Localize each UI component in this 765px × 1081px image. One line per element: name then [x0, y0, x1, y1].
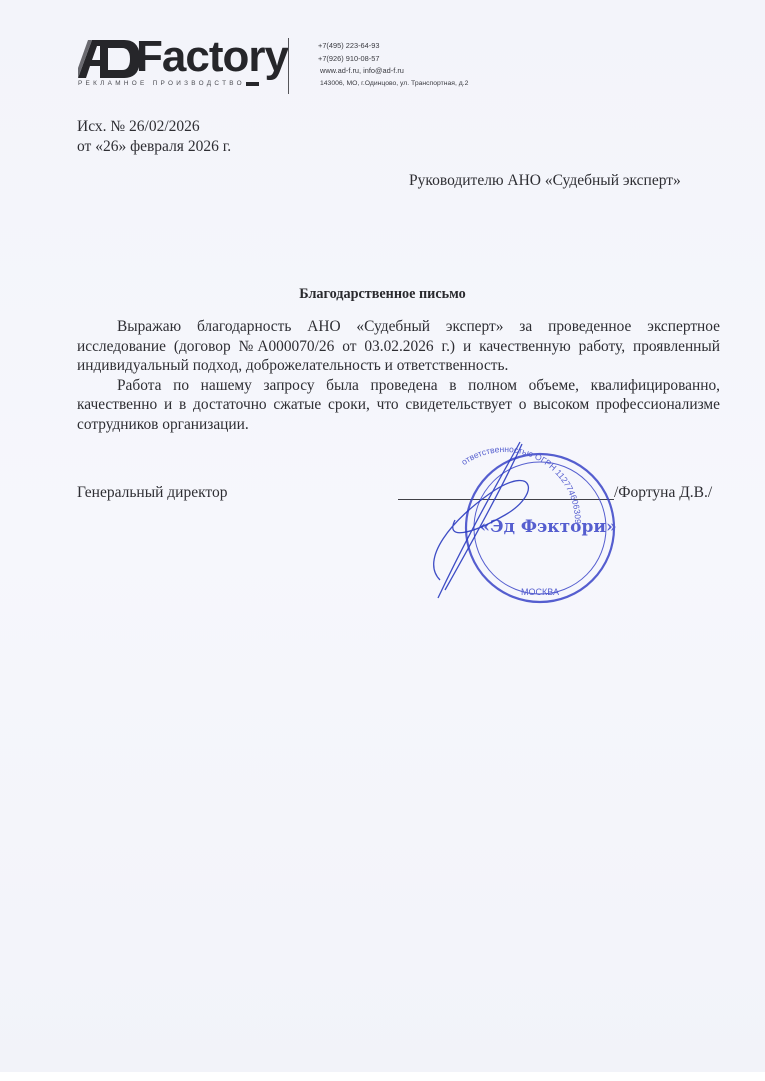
letter-title: Благодарственное письмо: [0, 286, 765, 303]
company-logo: Factory РЕКЛАМНОЕ ПРОИЗВОДСТВО: [78, 38, 263, 92]
logo-subtitle: РЕКЛАМНОЕ ПРОИЗВОДСТВО: [78, 80, 245, 87]
phone-2: +7(926) 910-08-57: [318, 53, 468, 66]
outgoing-reference: Исх. № 26/02/2026 от «26» февраля 2026 г…: [77, 117, 231, 157]
letterhead-divider: [288, 38, 289, 94]
signer-role: Генеральный директор: [77, 484, 228, 502]
reference-number: Исх. № 26/02/2026: [77, 117, 231, 137]
letter-page: Factory РЕКЛАМНОЕ ПРОИЗВОДСТВО +7(495) 2…: [0, 0, 765, 1081]
svg-text:ответственностью ОГРН 11277460: ответственностью ОГРН 1127746063092: [410, 440, 583, 524]
svg-text:МОСКВА: МОСКВА: [521, 587, 559, 597]
letter-body: Выражаю благодарность АНО «Судебный эксп…: [77, 317, 720, 434]
address: 143006, МО, г.Одинцово, ул. Транспортная…: [318, 78, 468, 91]
logo-wordmark: Factory: [136, 32, 288, 82]
company-stamp-icon: ответственностью ОГРН 1127746063092 МОСК…: [410, 440, 630, 605]
addressee: Руководителю АНО «Судебный эксперт»: [409, 172, 681, 190]
letterhead-contacts: +7(495) 223-64-93 +7(926) 910-08-57 www.…: [318, 40, 468, 90]
reference-date: от «26» февраля 2026 г.: [77, 137, 231, 157]
phone-1: +7(495) 223-64-93: [318, 40, 468, 53]
paragraph: Выражаю благодарность АНО «Судебный эксп…: [77, 317, 720, 376]
scan-edge: [0, 1072, 765, 1081]
svg-text:«Эд Фэктори»: «Эд Фэктори»: [479, 517, 616, 537]
paragraph: Работа по нашему запросу была проведена …: [77, 376, 720, 435]
web-email: www.ad-f.ru, info@ad-f.ru: [318, 65, 468, 78]
logo-accent-bar: [246, 82, 259, 86]
